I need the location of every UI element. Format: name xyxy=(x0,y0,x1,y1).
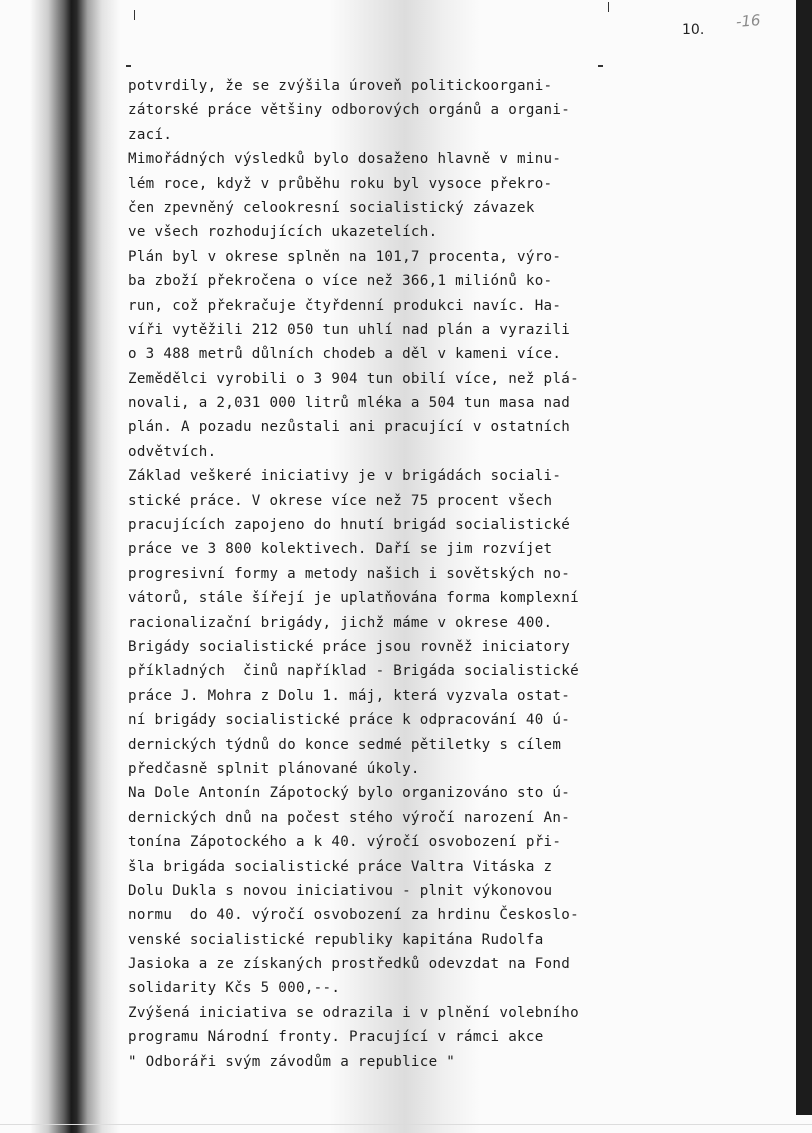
text-line: práce J. Mohra z Dolu 1. máj, která vyzv… xyxy=(128,684,688,708)
text-line: Na Dole Antonín Zápotocký bylo organizov… xyxy=(128,781,688,805)
text-line: Zvýšená iniciativa se odrazila i v plněn… xyxy=(128,1001,688,1025)
text-line: ní brigády socialistické práce k odpraco… xyxy=(128,708,688,732)
scan-edge-bar xyxy=(796,0,812,1115)
corner-mark xyxy=(598,65,603,67)
text-line: příkladných činů například - Brigáda soc… xyxy=(128,659,688,683)
text-line: potvrdily, že se zvýšila úroveň politick… xyxy=(128,74,688,98)
text-line: čen zpevněný celookresní socialistický z… xyxy=(128,196,688,220)
text-line: Mimořádných výsledků bylo dosaženo hlavn… xyxy=(128,147,688,171)
text-line: dernických dnů na počest stého výročí na… xyxy=(128,806,688,830)
scanned-page: 10. -16 potvrdily, že se zvýšila úroveň … xyxy=(0,0,812,1133)
corner-mark xyxy=(126,65,131,67)
text-line: Dolu Dukla s novou iniciativou - plnit v… xyxy=(128,879,688,903)
text-line: pracujících zapojeno do hnutí brigád soc… xyxy=(128,513,688,537)
text-line: ve všech rozhodujících ukazetelích. xyxy=(128,220,688,244)
text-line: zací. xyxy=(128,123,688,147)
text-line: práce ve 3 800 kolektivech. Daří se jim … xyxy=(128,537,688,561)
text-line: racionalizační brigády, jichž máme v okr… xyxy=(128,611,688,635)
handwritten-page-note: -16 xyxy=(735,11,761,31)
text-line: venské socialistické republiky kapitána … xyxy=(128,928,688,952)
text-line: stické práce. V okrese více než 75 proce… xyxy=(128,489,688,513)
page-bottom-edge xyxy=(0,1124,812,1125)
text-line: plán. A pozadu nezůstali ani pracující v… xyxy=(128,415,688,439)
page-number: 10. xyxy=(682,22,704,38)
text-line: Plán byl v okrese splněn na 101,7 procen… xyxy=(128,245,688,269)
text-line: Základ veškeré iniciativy je v brigádách… xyxy=(128,464,688,488)
text-line: lém roce, když v průběhu roku byl vysoce… xyxy=(128,172,688,196)
text-line: novali, a 2,031 000 litrů mléka a 504 tu… xyxy=(128,391,688,415)
text-line: Jasioka a ze získaných prostředků odevzd… xyxy=(128,952,688,976)
text-line: solidarity Kčs 5 000,--. xyxy=(128,976,688,1000)
text-line: run, což překračuje čtyřdenní produkci n… xyxy=(128,294,688,318)
text-line: dernických týdnů do konce sedmé pětiletk… xyxy=(128,733,688,757)
text-line: programu Národní fronty. Pracující v rám… xyxy=(128,1025,688,1049)
text-line: normu do 40. výročí osvobození za hrdinu… xyxy=(128,903,688,927)
text-line: " Odboráři svým závodům a republice " xyxy=(128,1050,688,1074)
typewritten-body-text: potvrdily, že se zvýšila úroveň politick… xyxy=(128,74,688,1074)
text-line: víři vytěžili 212 050 tun uhlí nad plán … xyxy=(128,318,688,342)
registration-mark xyxy=(608,2,609,12)
text-line: odvětvích. xyxy=(128,440,688,464)
text-line: ba zboží překročena o více než 366,1 mil… xyxy=(128,269,688,293)
text-line: progresivní formy a metody našich i sově… xyxy=(128,562,688,586)
text-line: zátorské práce většiny odborových orgánů… xyxy=(128,98,688,122)
text-line: o 3 488 metrů důlních chodeb a děl v kam… xyxy=(128,342,688,366)
text-line: šla brigáda socialistické práce Valtra V… xyxy=(128,855,688,879)
text-line: vátorů, stále šířejí je uplatňována form… xyxy=(128,586,688,610)
text-line: tonína Zápotockého a k 40. výročí osvobo… xyxy=(128,830,688,854)
text-line: Zemědělci vyrobili o 3 904 tun obilí víc… xyxy=(128,367,688,391)
scan-binding-shadow xyxy=(30,0,120,1133)
text-line: Brigády socialistické práce jsou rovněž … xyxy=(128,635,688,659)
text-line: předčasně splnit plánované úkoly. xyxy=(128,757,688,781)
registration-mark xyxy=(134,10,135,20)
